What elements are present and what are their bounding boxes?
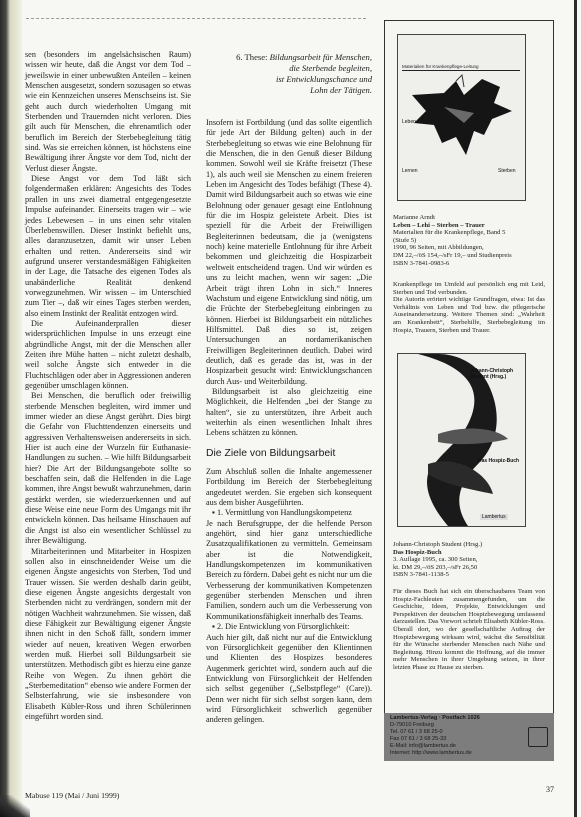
book-detail: DM 22,–/öS 154,–/sFr 19,– und Studienpre… <box>393 252 545 260</box>
cover-label: Lernen <box>402 168 418 174</box>
book-detail: 3. Auflage 1995, ca. 300 Seiten, <box>393 556 545 564</box>
book-author: Marianne Arndt <box>393 214 545 222</box>
section-intro: Zum Abschluß sollen die Inhalte angemess… <box>206 467 372 508</box>
description-paragraph: Überall dort, wo der gesellschaftliche A… <box>393 626 545 672</box>
book-sidebar: Materialien für Krankenpflege-Leitung Le… <box>384 20 554 739</box>
paragraph: Mitarbeiterinnen und Mitarbeiter in Hosp… <box>25 547 191 723</box>
publisher-line: Internet: http://www.lambertus.de <box>390 750 548 757</box>
cover-series-header: Materialien für Krankenpflege-Leitung <box>402 64 520 71</box>
book-cover-2: Johann-Christoph Student (Hrsg.) Das Hos… <box>397 353 526 527</box>
paragraph: sen (besonders im angelsächsischen Raum)… <box>25 50 191 174</box>
book-author: Johann-Christoph Student (Hrsg.) <box>393 541 545 549</box>
publisher-line: E-Mail: info@lambertus.de <box>390 743 548 750</box>
cover-label: Lambertus <box>480 514 508 520</box>
book-info-1: Marianne Arndt Leben – Lehi – Sterben – … <box>393 214 545 267</box>
top-rule <box>26 18 366 20</box>
bullet-text: Auch hier gilt, daß nicht nur auf die En… <box>206 633 372 726</box>
book-detail: (Stufe 5) <box>393 237 545 245</box>
publisher-line: Tel. 07 61 / 3 68 25-0 <box>390 729 548 736</box>
book-title: Das Hospiz-Buch <box>393 549 545 557</box>
book-detail: kt. DM 29,–/öS 203,–/sFr 26,50 <box>393 564 545 572</box>
description-paragraph: Für dieses Buch hat sich ein überschauba… <box>393 588 545 626</box>
thesis-line: die Sterbende begleiten, <box>206 63 372 74</box>
book-detail: ISBN 3-7841-1138-5 <box>393 571 545 579</box>
paragraph: Diese Angst vor dem Tod läßt sich folgen… <box>25 174 191 319</box>
paragraph: Bildungsarbeit ist also gleichzeitig ein… <box>206 387 372 439</box>
book-detail: ISBN 3-7841-0983-6 <box>393 260 545 268</box>
book-binding-shadow <box>0 0 22 817</box>
book-title: Leben – Lehi – Sterben – Trauer <box>393 222 545 230</box>
publisher-name: Lambertus-Verlag · Postfach 1026 <box>390 715 548 722</box>
cover-label: Das Hospiz-Buch <box>478 458 519 464</box>
leaf-illustration-icon <box>404 73 519 163</box>
publisher-line: D-79010 Freiburg <box>390 722 548 729</box>
cover-label: Johann-Christoph Student (Hrsg.) <box>470 368 520 380</box>
bullet-text: Je nach Berufsgruppe, der die helfende P… <box>206 519 372 622</box>
book-info-2: Johann-Christoph Student (Hrsg.) Das Hos… <box>393 541 545 579</box>
book-cover-1: Materialien für Krankenpflege-Leitung Le… <box>397 34 526 201</box>
book-description-2: Für dieses Buch hat sich ein überschauba… <box>393 588 545 672</box>
publisher-line: Fax 07 61 / 3 68 25-33 <box>390 736 548 743</box>
publisher-ad-box: Lambertus-Verlag · Postfach 1026 D-79010… <box>384 713 554 761</box>
article-column-2: Insofern ist Fortbildung (und das sollte… <box>206 118 372 726</box>
cover-label: Sterben <box>498 168 516 174</box>
page-edge <box>574 0 577 817</box>
bullet-heading: ▪ 1. Vermittlung von Handlungskompetenz <box>206 508 372 518</box>
thesis-line: ist Entwicklungschance und <box>206 74 372 85</box>
bullet-heading: ▪ 2. Die Entwicklung von Fürsorglichkeit… <box>206 622 372 632</box>
section-heading: Die Ziele von Bildungsarbeit <box>206 449 372 459</box>
article-column-1: sen (besonders im angelsächsischen Raum)… <box>25 50 191 722</box>
description-paragraph: Krankenpflege im Umfeld auf persönlich e… <box>393 281 545 296</box>
thesis-line: Lohn der Tätigen. <box>206 85 372 96</box>
description-paragraph: Die Autorin erörtert wichtige Grundfrage… <box>393 296 545 334</box>
journal-footer: Mabuse 119 (Mai / Juni 1999) <box>25 791 119 800</box>
paragraph: Insofern ist Fortbildung (und das sollte… <box>206 118 372 387</box>
publisher-logo-icon <box>528 727 548 747</box>
book-series: Materialien für die Krankenpflege, Band … <box>393 229 545 237</box>
page-number: 37 <box>546 785 554 794</box>
paragraph: Bei Menschen, die beruflich oder freiwil… <box>25 391 191 546</box>
paragraph: Die Aufeinanderprallen dieser widersprüc… <box>25 319 191 391</box>
cover-label: Leben <box>402 119 416 125</box>
thesis-line: Bildungsarbeit für Menschen, <box>270 52 372 62</box>
thesis-heading: 6. These: Bildungsarbeit für Menschen, d… <box>206 52 372 96</box>
book-description-1: Krankenpflege im Umfeld auf persönlich e… <box>393 281 545 334</box>
thesis-number: 6. These: <box>236 52 267 62</box>
book-detail: 1990, 96 Seiten, mit Abbildungen, <box>393 244 545 252</box>
